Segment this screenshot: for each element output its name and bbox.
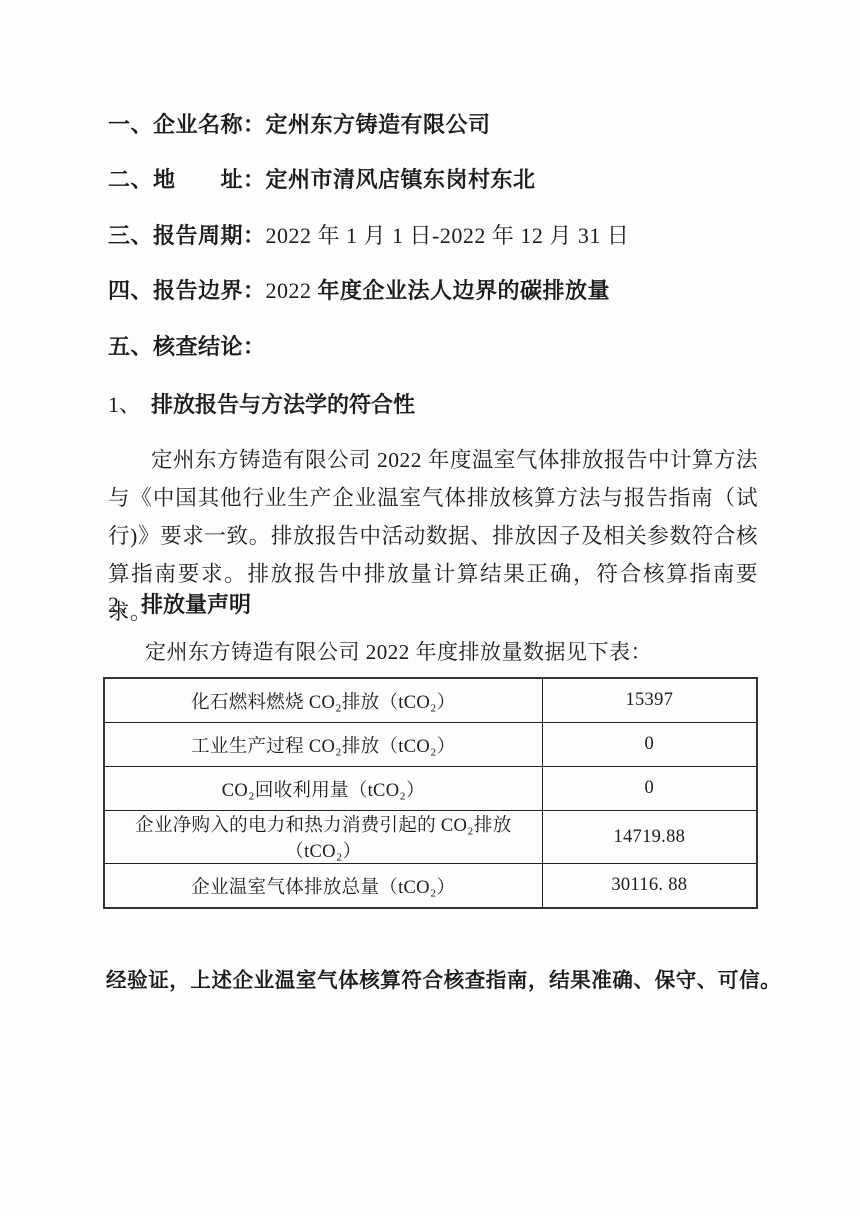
field-report-boundary: 四、报告边界：2022 年度企业法人边界的碳排放量 bbox=[108, 274, 610, 305]
section2-heading: 2、排放量声明 bbox=[108, 588, 251, 619]
row-co2-recovery-value: 0 bbox=[542, 767, 757, 811]
table-row: 企业温室气体排放总量（tCO₂） 30116. 88 bbox=[104, 864, 757, 909]
field-verification-conclusion-heading: 五、核查结论： bbox=[108, 330, 266, 361]
field-company-name-label: 一、企业名称： bbox=[108, 112, 266, 137]
field-company-name: 一、企业名称：定州东方铸造有限公司 bbox=[108, 108, 491, 139]
section1-heading: 1、排放报告与方法学的符合性 bbox=[108, 388, 415, 419]
field-address: 二、地 址：定州市清风店镇东岗村东北 bbox=[108, 163, 536, 194]
row-fossil-fuel-value: 15397 bbox=[542, 678, 757, 723]
field-address-label: 二、地 址： bbox=[108, 167, 266, 192]
field-address-value: 定州市清风店镇东岗村东北 bbox=[266, 167, 536, 192]
row-industrial-process-value: 0 bbox=[542, 723, 757, 767]
field-report-period-label: 三、报告周期： bbox=[108, 223, 266, 248]
section1-title: 排放报告与方法学的符合性 bbox=[151, 392, 415, 417]
section2-number: 2、 bbox=[108, 592, 141, 617]
table-row: 化石燃料燃烧 CO₂排放（tCO₂） 15397 bbox=[104, 678, 757, 723]
conclusion-statement: 经验证，上述企业温室气体核算符合核查指南，结果准确、保守、可信。 bbox=[106, 963, 781, 993]
field-company-name-value: 定州东方铸造有限公司 bbox=[266, 112, 491, 137]
field-report-boundary-value: 年度企业法人边界的碳排放量 bbox=[318, 278, 611, 303]
table-row: CO₂回收利用量（tCO₂） 0 bbox=[104, 767, 757, 811]
emissions-table: 化石燃料燃烧 CO₂排放（tCO₂） 15397 工业生产过程 CO₂排放（tC… bbox=[103, 677, 758, 909]
section2-lead-text: 定州东方铸造有限公司 2022 年度排放量数据见下表： bbox=[145, 636, 652, 666]
verification-report-page: 一、企业名称：定州东方铸造有限公司 二、地 址：定州市清风店镇东岗村东北 三、报… bbox=[0, 0, 860, 1216]
table-row: 企业净购入的电力和热力消费引起的 CO₂排放（tCO₂） 14719.88 bbox=[104, 811, 757, 864]
section1-number: 1、 bbox=[108, 392, 141, 417]
row-purchased-energy-label: 企业净购入的电力和热力消费引起的 CO₂排放（tCO₂） bbox=[104, 811, 542, 864]
field-report-period-value: 2022 年 1 月 1 日-2022 年 12 月 31 日 bbox=[266, 223, 630, 248]
field-verification-conclusion-label: 五、核查结论： bbox=[108, 334, 266, 359]
field-report-boundary-label: 四、报告边界： bbox=[108, 278, 266, 303]
field-report-boundary-year: 2022 bbox=[266, 278, 318, 303]
row-co2-recovery-label: CO₂回收利用量（tCO₂） bbox=[104, 767, 542, 811]
row-purchased-energy-value: 14719.88 bbox=[542, 811, 757, 864]
table-row: 工业生产过程 CO₂排放（tCO₂） 0 bbox=[104, 723, 757, 767]
field-report-period: 三、报告周期：2022 年 1 月 1 日-2022 年 12 月 31 日 bbox=[108, 219, 629, 250]
section2-title: 排放量声明 bbox=[141, 592, 251, 617]
row-fossil-fuel-label: 化石燃料燃烧 CO₂排放（tCO₂） bbox=[104, 678, 542, 723]
row-total-emissions-value: 30116. 88 bbox=[542, 864, 757, 909]
row-industrial-process-label: 工业生产过程 CO₂排放（tCO₂） bbox=[104, 723, 542, 767]
row-total-emissions-label: 企业温室气体排放总量（tCO₂） bbox=[104, 864, 542, 909]
